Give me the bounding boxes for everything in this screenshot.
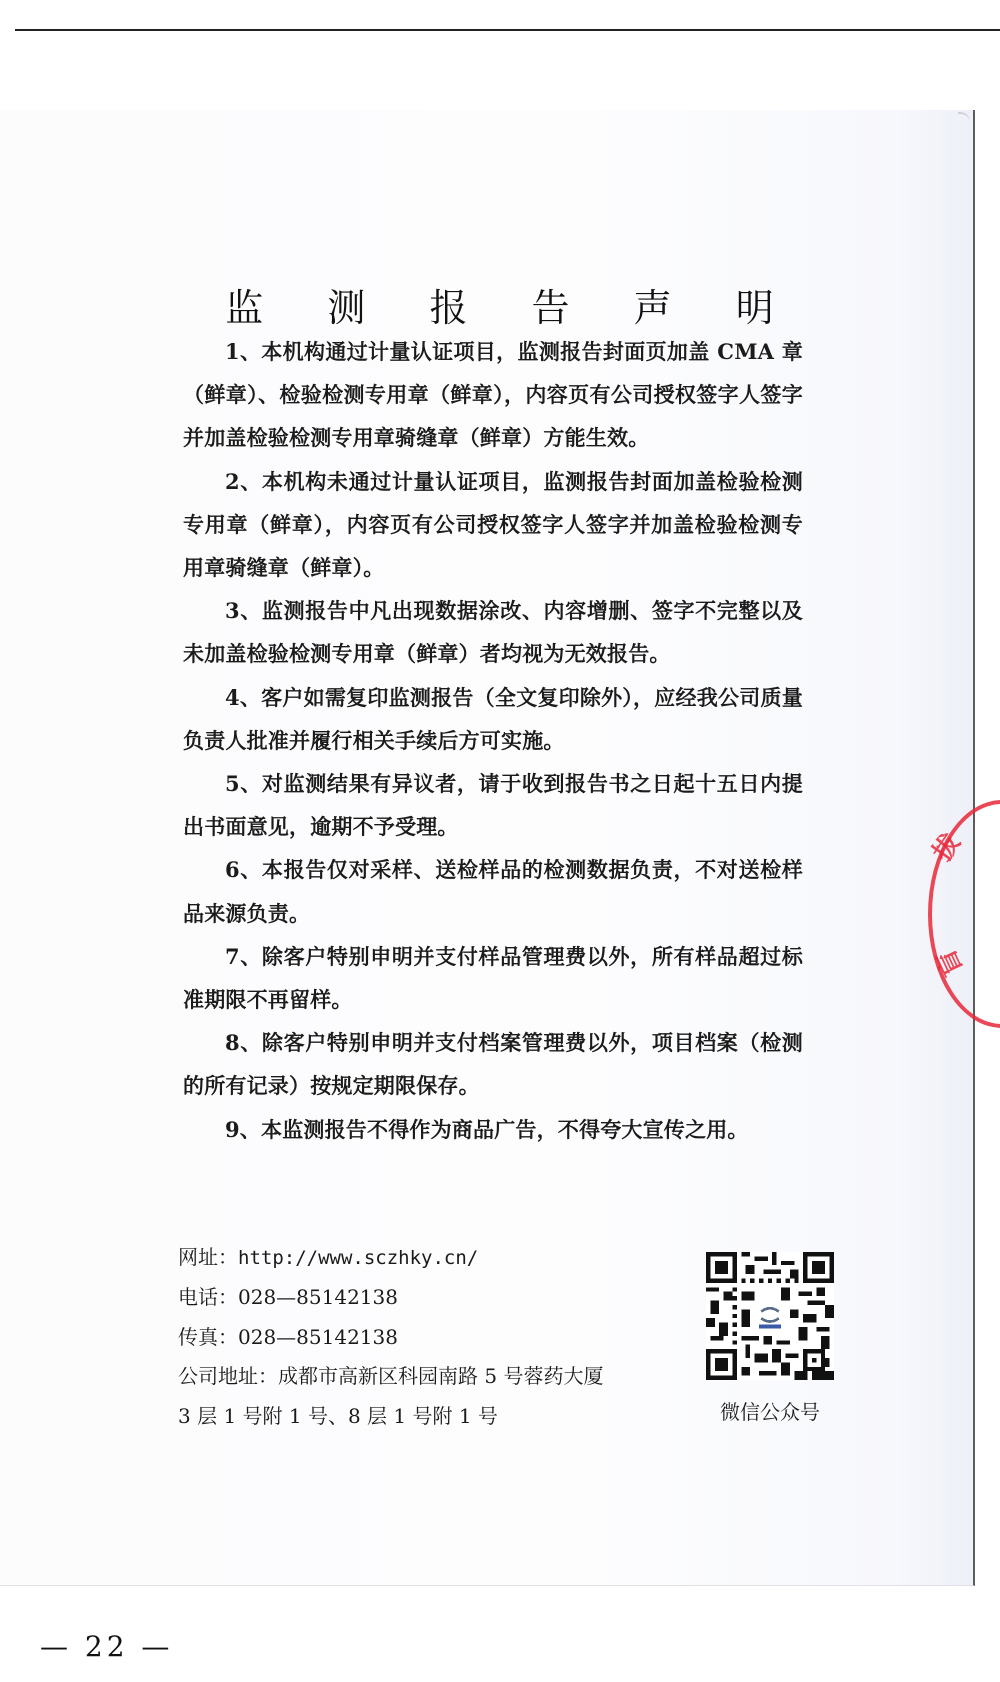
page-number: — 22 — xyxy=(40,1630,173,1663)
clause-8: 8、除客户特别申明并支付档案管理费以外，项目档案（检测的所有记录）按规定期限保存… xyxy=(183,1021,803,1107)
clause-5: 5、对监测结果有异议者，请于收到报告书之日起十五日内提出书面意见，逾期不予受理。 xyxy=(183,762,803,848)
fax-value: 028—85142138 xyxy=(238,1325,398,1349)
clause-4: 4、客户如需复印监测报告（全文复印除外），应经我公司质量负责人批准并履行相关手续… xyxy=(183,676,803,762)
qr-caption: 微信公众号 xyxy=(700,1396,840,1425)
phone-row: 电话：028—85142138 xyxy=(178,1278,698,1317)
clause-6: 6、本报告仅对采样、送检样品的检测数据负责，不对送检样品来源负责。 xyxy=(183,848,803,934)
address-row-2: 3 层 1 号附 1 号、8 层 1 号附 1 号 xyxy=(178,1397,698,1436)
clause-7: 7、除客户特别申明并支付样品管理费以外，所有样品超过标准期限不再留样。 xyxy=(183,935,803,1021)
clause-2: 2、本机构未通过计量认证项目，监测报告封面加盖检验检测专用章（鲜章），内容页有公… xyxy=(183,460,803,590)
fax-row: 传真：028—85142138 xyxy=(178,1318,698,1357)
clause-3: 3、监测报告中凡出现数据涂改、内容增删、签字不完整以及未加盖检验检测专用章（鲜章… xyxy=(183,589,803,675)
address-line-2: 3 层 1 号附 1 号、8 层 1 号附 1 号 xyxy=(178,1404,498,1428)
phone-value: 028—85142138 xyxy=(238,1285,398,1309)
contact-info: 网址：http://www.sczhky.cn/ 电话：028—85142138… xyxy=(178,1238,698,1436)
wechat-qr-block: 微信公众号 xyxy=(700,1252,840,1425)
website-row: 网址：http://www.sczhky.cn/ xyxy=(178,1238,698,1278)
qr-code-icon xyxy=(706,1252,834,1380)
fax-label: 传真： xyxy=(178,1325,238,1349)
declaration-body: 1、本机构通过计量认证项目，监测报告封面页加盖 CMA 章（鲜章）、检验检测专用… xyxy=(183,330,803,1151)
document-title: 监 测 报 告 声 明 xyxy=(0,277,999,332)
header-rule xyxy=(15,29,1000,31)
phone-label: 电话： xyxy=(178,1285,238,1309)
address-line-1: 成都市高新区科园南路 5 号蓉药大厦 xyxy=(278,1364,603,1388)
website-label: 网址： xyxy=(178,1245,238,1269)
clause-1: 1、本机构通过计量认证项目，监测报告封面页加盖 CMA 章（鲜章）、检验检测专用… xyxy=(183,330,803,460)
clause-9: 9、本监测报告不得作为商品广告，不得夸大宣传之用。 xyxy=(183,1108,803,1151)
website-link[interactable]: http://www.sczhky.cn/ xyxy=(238,1247,478,1269)
address-label: 公司地址： xyxy=(178,1364,278,1388)
address-row: 公司地址：成都市高新区科园南路 5 号蓉药大厦 xyxy=(178,1357,698,1396)
